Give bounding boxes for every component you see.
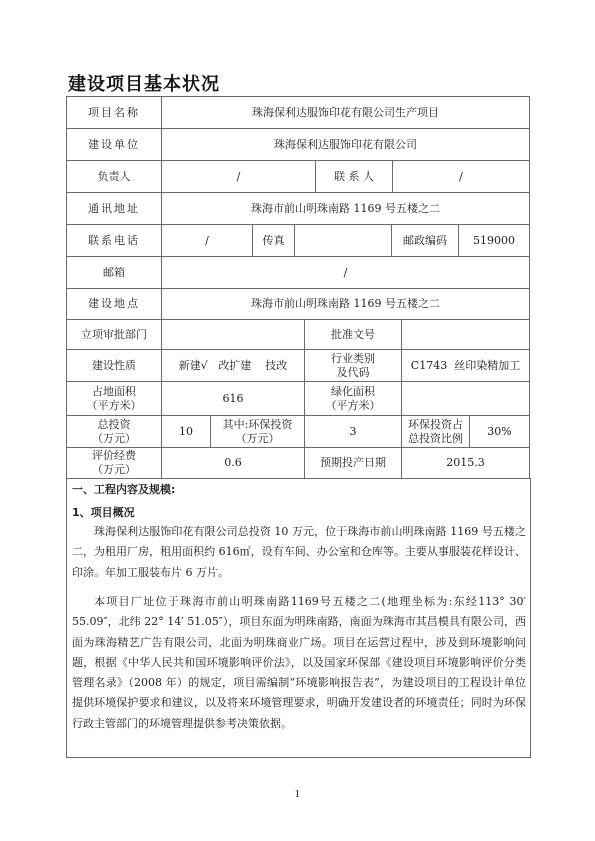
label-approval-dept: 立项审批部门	[66, 319, 162, 350]
value-investment: 10	[161, 415, 211, 448]
label-site: 建设地点	[66, 288, 162, 320]
label-start-date: 预期投产日期	[304, 447, 402, 479]
section-subheading: 1、项目概况	[72, 504, 135, 520]
label-area: 占地面积 （平方米）	[66, 381, 162, 416]
value-site: 珠海市前山明珠南路 1169 号五楼之二	[161, 288, 530, 320]
page-title: 建设项目基本状况	[68, 70, 220, 96]
label-address: 通讯地址	[66, 192, 162, 225]
label-investment: 总投资 （万元）	[66, 415, 162, 448]
label-phone: 联系电话	[66, 224, 162, 257]
label-fee: 评价经费 （万元）	[66, 447, 162, 479]
value-builder: 珠海保利达服饰印花有限公司	[161, 128, 530, 161]
value-postcode: 519000	[458, 224, 530, 257]
value-fee: 0.6	[161, 447, 305, 479]
label-approval-doc: 批准文号	[304, 319, 402, 350]
value-approval-dept	[161, 319, 305, 350]
label-fax: 传真	[252, 224, 295, 257]
label-responsible: 负责人	[66, 160, 162, 193]
value-address: 珠海市前山明珠南路 1169 号五楼之二	[161, 192, 530, 225]
value-industry: C1743 丝印染精加工	[401, 349, 530, 382]
page-number: 1	[0, 790, 595, 800]
value-env-investment: 3	[304, 415, 402, 448]
value-responsible: /	[161, 160, 316, 193]
value-green-area	[401, 381, 530, 416]
section-heading: 一、工程内容及规模:	[72, 481, 175, 497]
label-postcode: 邮政编码	[391, 224, 459, 257]
label-green-area: 绿化面积 （平方米）	[304, 381, 402, 416]
value-contact: /	[392, 160, 530, 193]
label-project-name: 项目名称	[66, 96, 162, 129]
label-env-investment: 其中:环保投资 （万元）	[210, 415, 305, 448]
value-approval-doc	[401, 319, 530, 350]
value-start-date: 2015.3	[401, 447, 530, 479]
label-contact: 联 系 人	[315, 160, 393, 193]
value-fax	[294, 224, 392, 257]
paragraph-location: 本项目厂址位于珠海市前山明珠南路1169号五楼之二(地理坐标为:东经113° 3…	[72, 592, 526, 734]
value-env-ratio: 30%	[469, 415, 530, 448]
paragraph-overview: 珠海保利达服饰印花有限公司总投资 10 万元，位于珠海市前山明珠南路 1169 …	[72, 522, 526, 583]
label-email: 邮箱	[66, 256, 162, 289]
label-builder: 建设单位	[66, 128, 162, 161]
label-nature: 建设性质	[66, 349, 162, 382]
value-area: 616	[161, 381, 305, 416]
value-email: /	[161, 256, 530, 289]
value-nature: 新建√ 改扩建 技改	[161, 349, 305, 382]
value-phone: /	[161, 224, 253, 257]
label-industry: 行业类别 及代码	[304, 349, 402, 382]
label-env-ratio: 环保投资占 总投资比例	[401, 415, 470, 448]
value-project-name: 珠海保利达服饰印花有限公司生产项目	[161, 96, 530, 129]
